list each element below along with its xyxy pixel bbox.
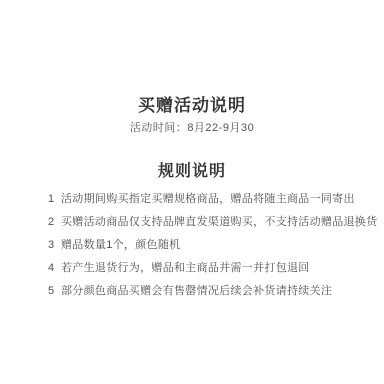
activity-time-label: 活动时间： [130, 122, 188, 134]
rule-text: 买赠活动商品仅支持品牌直发渠道购买，不支持活动赠品退换货 [61, 216, 377, 228]
rule-number: 3 [48, 234, 55, 257]
page-title: 买赠活动说明 [0, 0, 384, 115]
rule-number: 4 [48, 257, 55, 280]
rule-number: 2 [48, 211, 55, 234]
rule-number: 5 [48, 280, 55, 303]
activity-time-value: 8月22-9月30 [187, 122, 254, 134]
rule-text: 活动期间购买指定买赠规格商品，赠品将随主商品一同寄出 [61, 193, 355, 205]
rule-item-4: 4若产生退货行为，赠品和主商品并需一并打包退回 [48, 257, 364, 280]
rule-text: 若产生退货行为，赠品和主商品并需一并打包退回 [61, 262, 310, 274]
rule-item-2: 2买赠活动商品仅支持品牌直发渠道购买，不支持活动赠品退换货 [48, 211, 364, 234]
promo-notice-page: 买赠活动说明 活动时间：8月22-9月30 规则说明 1活动期间购买指定买赠规格… [0, 0, 384, 384]
rules-list: 1活动期间购买指定买赠规格商品，赠品将随主商品一同寄出 2买赠活动商品仅支持品牌… [0, 188, 384, 303]
activity-time: 活动时间：8月22-9月30 [0, 122, 384, 135]
rules-section-title: 规则说明 [0, 164, 384, 180]
rule-item-3: 3赠品数量1个，颜色随机 [48, 234, 364, 257]
rule-item-1: 1活动期间购买指定买赠规格商品，赠品将随主商品一同寄出 [48, 188, 364, 211]
rule-text: 赠品数量1个，颜色随机 [61, 239, 180, 251]
rule-text: 部分颜色商品买赠会有售罄情况后续会补货请持续关注 [61, 285, 332, 297]
rule-number: 1 [48, 188, 55, 211]
rule-item-5: 5部分颜色商品买赠会有售罄情况后续会补货请持续关注 [48, 280, 364, 303]
